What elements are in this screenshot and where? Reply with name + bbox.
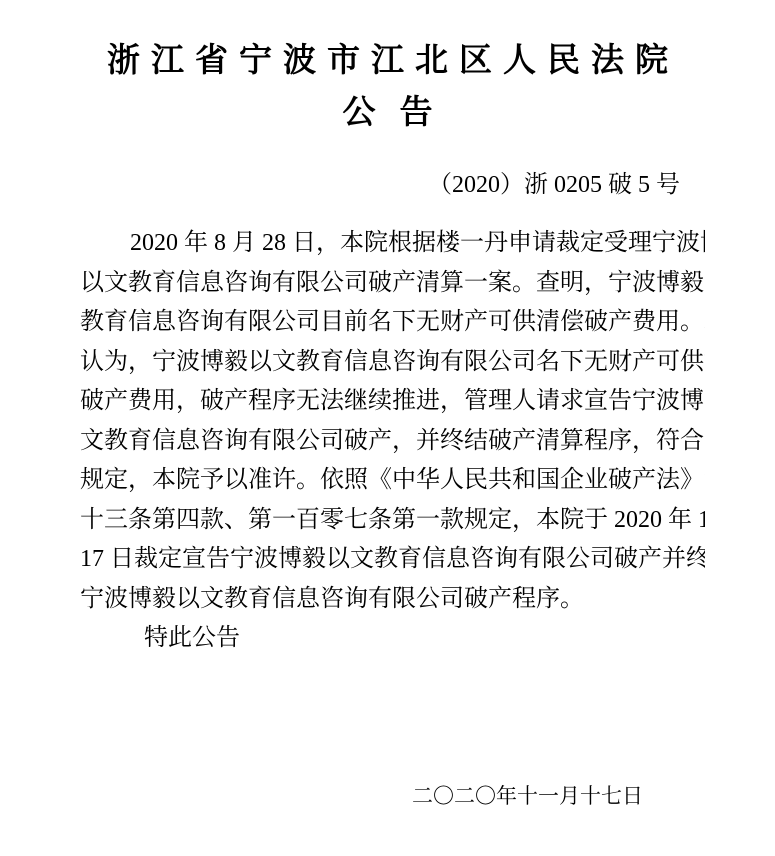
- body-line: 认为，宁波博毅以文教育信息咨询有限公司名下无财产可供清偿: [80, 343, 705, 383]
- body-line: 2020 年 8 月 28 日，本院根据楼一丹申请裁定受理宁波博毅: [80, 224, 705, 264]
- announcement-body: 2020 年 8 月 28 日，本院根据楼一丹申请裁定受理宁波博毅 以文教育信息…: [0, 224, 775, 659]
- body-line: 教育信息咨询有限公司目前名下无财产可供清偿破产费用。本院: [80, 303, 705, 343]
- body-line: 宁波博毅以文教育信息咨询有限公司破产程序。: [80, 580, 705, 620]
- body-line: 文教育信息咨询有限公司破产，并终结破产清算程序，符合法律: [80, 422, 705, 462]
- closing-phrase: 特此公告: [80, 619, 705, 659]
- announcement-title: 公告: [0, 88, 775, 136]
- announcement-date: 二〇二〇年十一月十七日: [0, 781, 775, 811]
- court-name-title: 浙江省宁波市江北区人民法院: [0, 0, 775, 84]
- body-line: 十三条第四款、第一百零七条第一款规定，本院于 2020 年 11 月: [80, 501, 705, 541]
- body-line: 破产费用，破产程序无法继续推进，管理人请求宣告宁波博毅以: [80, 382, 705, 422]
- body-line: 以文教育信息咨询有限公司破产清算一案。查明，宁波博毅以文: [80, 264, 705, 304]
- court-announcement-document: 浙江省宁波市江北区人民法院 公告 （2020）浙 0205 破 5 号 2020…: [0, 0, 775, 856]
- case-number: （2020）浙 0205 破 5 号: [0, 170, 775, 200]
- body-line: 17 日裁定宣告宁波博毅以文教育信息咨询有限公司破产并终结: [80, 540, 705, 580]
- body-line: 规定，本院予以准许。依照《中华人民共和国企业破产法》第四: [80, 461, 705, 501]
